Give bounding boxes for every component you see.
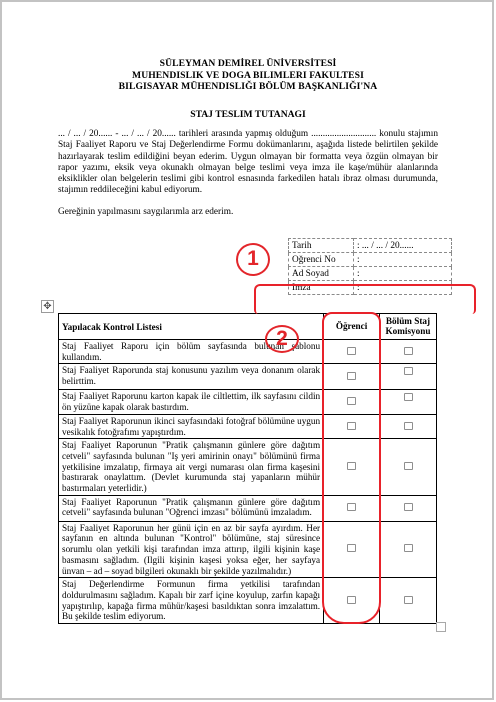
table-move-handle-icon[interactable]: ✥ [41, 300, 54, 313]
committee-checkbox-cell [380, 390, 437, 414]
checklist-item-text: Staj Faaliyet Raporunun her günü için en… [59, 521, 324, 578]
info-row-name: Ad Soyad : [289, 267, 452, 281]
student-no-field[interactable]: : [354, 253, 452, 267]
checklist-item-text: Staj Faaliyet Raporunun "Pratik çalışman… [59, 439, 324, 496]
checklist-item-text: Staj Faaliyet Raporunun ikinci sayfasınd… [59, 414, 324, 438]
checklist-item-text: Staj Değerlendirme Formunun firma yetkil… [59, 578, 324, 624]
info-row-date: Tarih : ... / ... / 20...... [289, 239, 452, 253]
university-name: SÜLEYMAN DEMİREL ÜNİVERSİTESİ [0, 58, 496, 70]
committee-checkbox-cell [380, 340, 437, 364]
checklist-item-text: Staj Faaliyet Raporunu karton kapak ile … [59, 390, 324, 414]
committee-checkbox[interactable] [404, 422, 413, 430]
checklist-item-text: Staj Faaliyet Raporunun "Pratik çalışman… [59, 495, 324, 521]
committee-checkbox[interactable] [404, 544, 413, 552]
committee-checkbox-cell [380, 578, 437, 624]
committee-checkbox[interactable] [404, 347, 413, 355]
table-resize-handle-icon[interactable] [436, 622, 446, 632]
committee-checkbox-cell [380, 439, 437, 496]
committee-checkbox[interactable] [404, 596, 413, 604]
declaration-paragraph: ... / ... / 20...... - ... / ... / 20...… [58, 129, 438, 197]
annotation-highlight-student-column [322, 312, 381, 624]
committee-checkbox-cell [380, 495, 437, 521]
closing-sentence: Gereğinin yapılmasını saygılarımla arz e… [58, 207, 233, 217]
date-label: Tarih [289, 239, 354, 253]
committee-checkbox-cell [380, 521, 437, 578]
name-label: Ad Soyad [289, 267, 354, 281]
student-no-label: Oğrenci No [289, 253, 354, 267]
department-name: BILGISAYAR MÜHENDISLIĞI BÖLÜM BAŞKANLIĞI… [0, 81, 496, 93]
committee-header-line2: Komisyonu [386, 326, 431, 336]
name-field[interactable]: : [354, 267, 452, 281]
checklist-item-text: Staj Faaliyet Raporunda staj konusunu ya… [59, 364, 324, 390]
checklist-header-committee: Bölüm StajKomisyonu [380, 314, 437, 340]
annotation-marker-1: 1 [236, 243, 270, 276]
committee-checkbox[interactable] [404, 462, 413, 470]
date-field[interactable]: : ... / ... / 20...... [354, 239, 452, 253]
info-row-student-no: Oğrenci No : [289, 253, 452, 267]
annotation-marker-2: 2 [265, 325, 299, 353]
committee-checkbox[interactable] [404, 367, 413, 375]
committee-checkbox[interactable] [404, 393, 413, 401]
document-title: STAJ TESLIM TUTANAGI [0, 109, 496, 120]
committee-header-line1: Bölüm Staj [386, 316, 430, 326]
committee-checkbox-cell [380, 364, 437, 390]
annotation-highlight-signature-row [254, 284, 476, 314]
committee-checkbox[interactable] [404, 503, 413, 511]
committee-checkbox-cell [380, 414, 437, 438]
faculty-name: MUHENDISLIK VE DOGA BILIMLERI FAKULTESI [0, 70, 496, 82]
